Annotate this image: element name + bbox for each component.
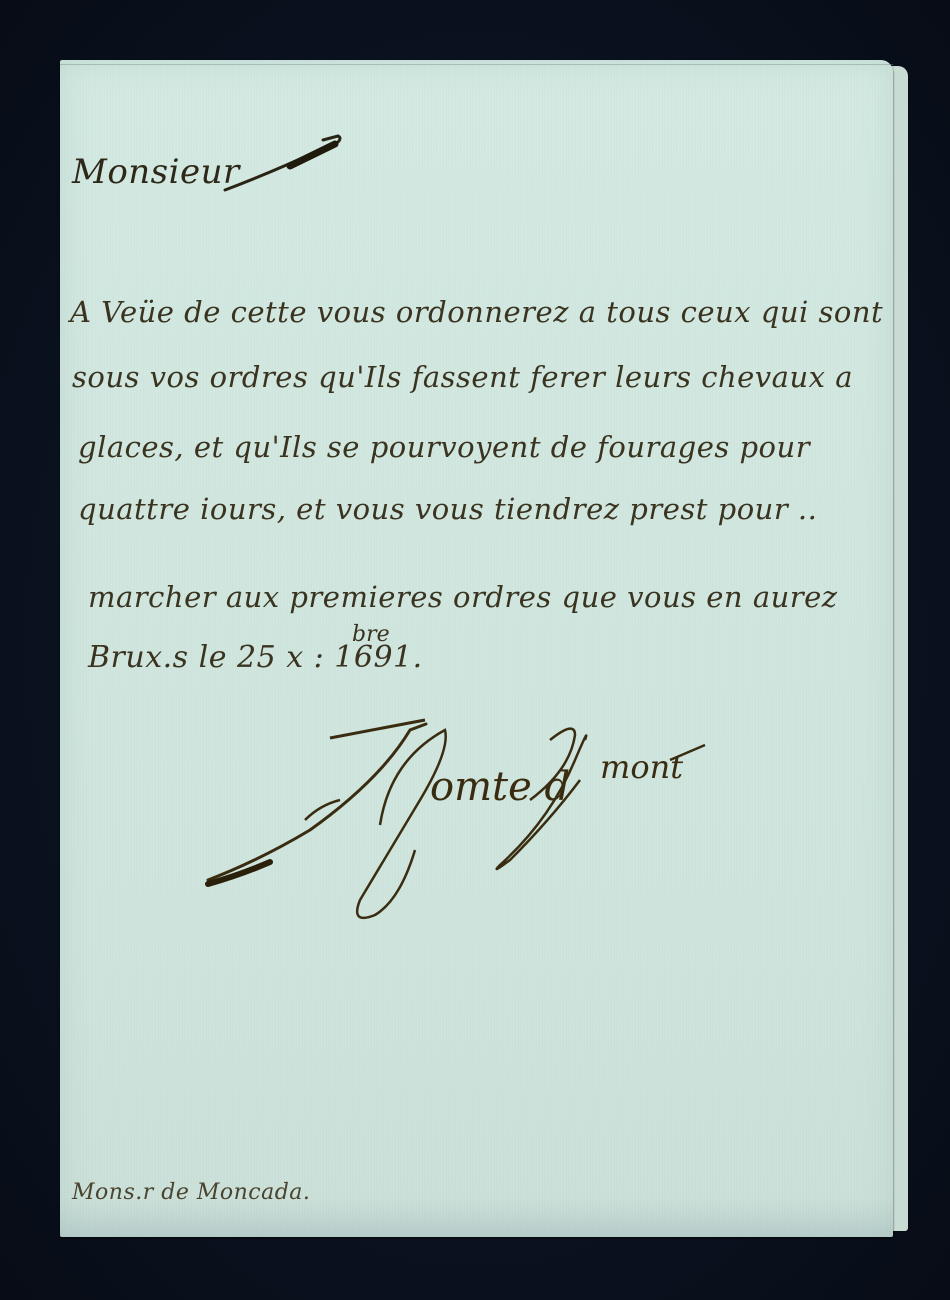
paper-top-edge bbox=[60, 64, 893, 65]
addressee: Mons.r de Moncada. bbox=[72, 1180, 310, 1205]
body-line-2: sous vos ordres qu'Ils fassent ferer leu… bbox=[72, 360, 853, 394]
body-line-5: marcher aux premieres ordres que vous en… bbox=[88, 580, 838, 614]
salutation: Monsieur bbox=[72, 152, 240, 192]
date-line: Brux.s le 25 x : 1691. bbox=[88, 640, 423, 675]
salutation-flourish-icon bbox=[220, 128, 350, 198]
body-line-4: quattre iours, et vous vous tiendrez pre… bbox=[78, 492, 817, 526]
body-line-1: A Veüe de cette vous ordonnerez a tous c… bbox=[70, 295, 883, 329]
body-line-3: glaces, et qu'Ils se pourvoyent de foura… bbox=[78, 430, 810, 464]
